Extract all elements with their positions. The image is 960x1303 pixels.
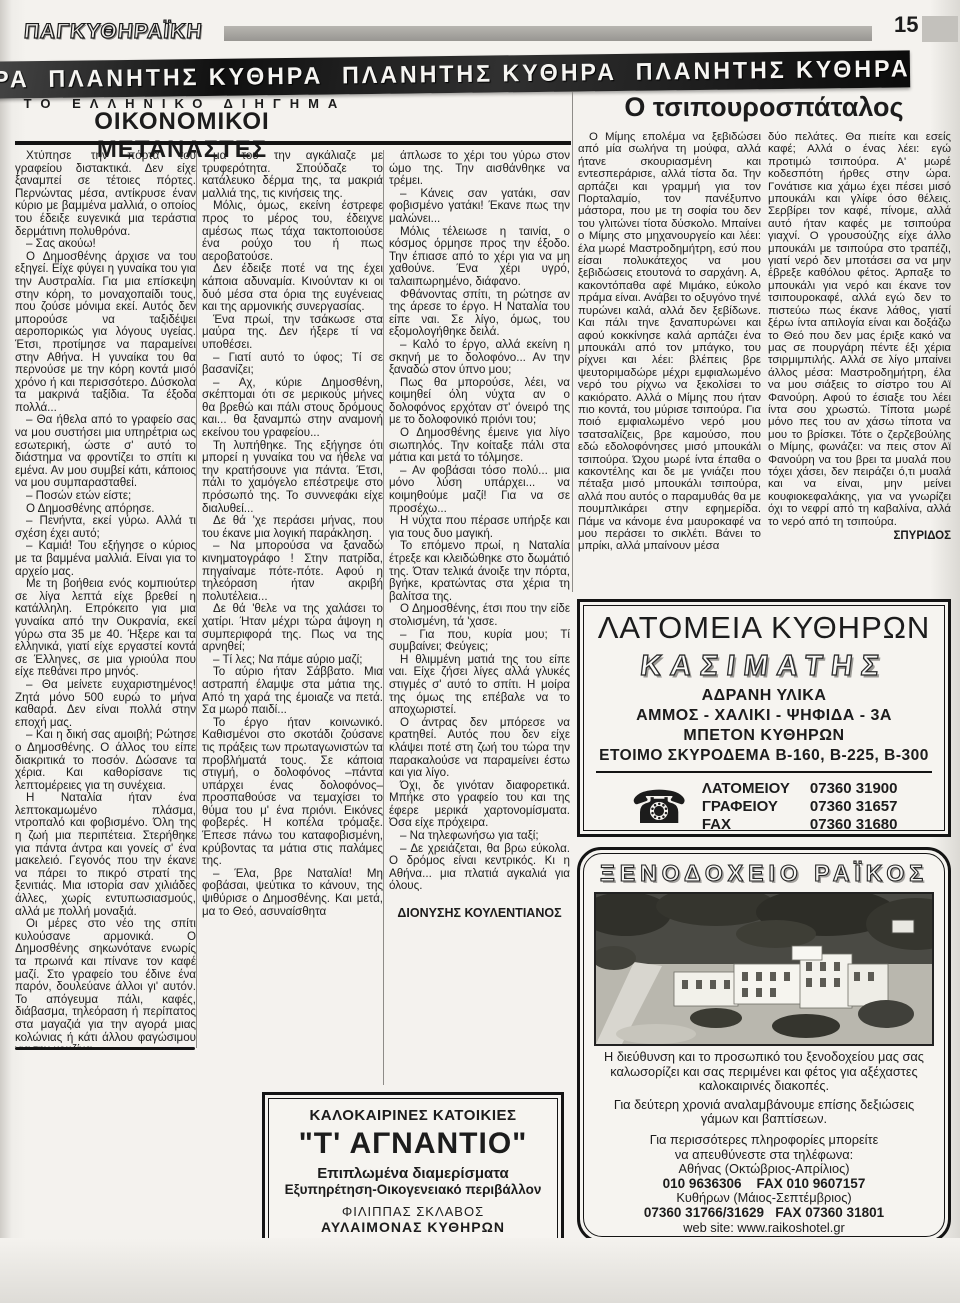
scan-artifact bbox=[0, 1238, 960, 1303]
section-banner-text: ΡΑ ΠΛΑΝΗΤΗΣ ΚΥΘΗΡΑ ΠΛΑΝΗΤΗΣ ΚΥΘΗΡΑ ΠΛΑΝΗ… bbox=[0, 55, 911, 94]
latomeia-divider bbox=[596, 771, 932, 773]
newspaper-page: ΠΑΓΚΥΘΗΡΑΪΚΗ 15 ΡΑ ΠΛΑΝΗΤΗΣ ΚΥΘΗΡΑ ΠΛΑΝΗ… bbox=[0, 0, 960, 1303]
tsipouro-column-b: δύο πελάτες. Θα πιείτε και εσείς καφέ; Α… bbox=[768, 131, 951, 597]
story-column-3-text: άπλωσε το χέρι του γύρω στον ώμο της. Τη… bbox=[389, 150, 570, 893]
phone-icon: ☎ bbox=[631, 784, 688, 830]
agnantio-title: "Τ' ΑΓΝΑΝΤΙΟ" bbox=[273, 1127, 553, 1161]
title-rule bbox=[15, 141, 571, 145]
story-column-2-text: μα του την αγκάλιαζε με τρυφερότητα. Σπο… bbox=[202, 150, 383, 918]
masthead-logo: ΠΑΓΚΥΘΗΡΑΪΚΗ bbox=[23, 20, 204, 44]
latomeia-ad-inner: ΛΑΤΟΜΕΙΑ ΚΥΘΗΡΩΝ ΚΑΣΙΜΑΤΗΣ ΑΔΡΑΝΗ ΥΛΙΚΑ … bbox=[583, 605, 945, 831]
story-column-1-text: Χτύπησε την πόρτα του γραφείου διστακτικ… bbox=[15, 150, 196, 1047]
column-divider bbox=[383, 150, 384, 1085]
header-corner-block bbox=[922, 16, 958, 42]
agnantio-line: Εξυπηρέτηση-Οικογενειακό περιβάλλον bbox=[273, 1182, 553, 1197]
agnantio-line: Επιπλωμένα διαμερίσματα bbox=[273, 1165, 553, 1182]
section-divider bbox=[572, 92, 573, 592]
latomeia-ad: ΛΑΤΟΜΕΙΑ ΚΥΘΗΡΩΝ ΚΑΣΙΜΑΤΗΣ ΑΔΡΑΝΗ ΥΛΙΚΑ … bbox=[577, 599, 951, 837]
phone-label: ΓΡΑΦΕΙΟΥ bbox=[702, 798, 790, 815]
hotel-photo bbox=[594, 892, 934, 1046]
raikos-contact-info: Για περισσότερες πληροφορίες μπορείτενα … bbox=[592, 1133, 936, 1237]
raikos-ad-inner: ΞΕΝΟΔΟΧΕΙΟ ΡΑΪΚΟΣ bbox=[583, 853, 945, 1237]
phone-label: FAX bbox=[702, 816, 790, 831]
agnantio-kicker: ΚΑΛΟΚΑΙΡΙΝΕΣ ΚΑΤΟΙΚΙΕΣ bbox=[273, 1107, 553, 1124]
latomeia-line: ΑΔΡΑΝΗ ΥΛΙΚΑ bbox=[588, 686, 940, 706]
latomeia-line: ΕΤΟΙΜΟ ΣΚΥΡΟΔΕΜΑ Β-160, Β-225, Β-300 bbox=[588, 746, 940, 766]
latomeia-phones: ☎ ΛΑΤΟΜΕΙΟΥ 07360 31900 ΓΡΑΦΕΙΟΥ 07360 3… bbox=[588, 778, 940, 831]
phone-number: 07360 31900 bbox=[810, 780, 898, 797]
tsipouro-column-b-text: δύο πελάτες. Θα πιείτε και εσείς καφέ; Α… bbox=[768, 131, 951, 528]
phone-number: 07360 31657 bbox=[810, 798, 898, 815]
latomeia-title: ΛΑΤΟΜΕΙΑ ΚΥΘΗΡΩΝ bbox=[588, 610, 940, 646]
tsipouro-author: ΣΠΥΡΙΔΟΣ bbox=[768, 530, 951, 542]
tsipouro-column-a: Ο Μίμης επολέμα να ξεβιδώσει από μία σωλ… bbox=[578, 131, 761, 597]
story-author: ΔΙΟΝΥΣΗΣ ΚΟΥΛΕΝΤΙΑΝΟΣ bbox=[389, 907, 570, 920]
story-column-2: μα του την αγκάλιαζε με τρυφερότητα. Σπο… bbox=[202, 150, 383, 1085]
story-end-rule bbox=[15, 1047, 195, 1050]
latomeia-line: ΜΠΕΤΟΝ ΚΥΘΗΡΩΝ bbox=[588, 726, 940, 746]
agnantio-owner: ΦΙΛΙΠΠΑΣ ΣΚΛΑΒΟΣ bbox=[273, 1204, 553, 1219]
latomeia-line: ΑΜΜΟΣ - ΧΑΛΙΚΙ - ΨΗΦΙΔΑ - 3Α bbox=[588, 706, 940, 726]
raikos-title: ΞΕΝΟΔΟΧΕΙΟ ΡΑΪΚΟΣ bbox=[592, 860, 936, 886]
header-bar bbox=[224, 26, 872, 41]
phone-label: ΛΑΤΟΜΕΙΟΥ bbox=[702, 780, 790, 797]
story-column-3: άπλωσε το χέρι του γύρω στον ώμο της. Τη… bbox=[389, 150, 570, 980]
story-column-1: Χτύπησε την πόρτα του γραφείου διστακτικ… bbox=[15, 150, 196, 1047]
raikos-hotel-ad: ΞΕΝΟΔΟΧΕΙΟ ΡΑΪΚΟΣ bbox=[577, 847, 951, 1243]
raikos-intro: Η διεύθυνση και το προσωπικό του ξενοδοχ… bbox=[598, 1050, 930, 1094]
column-divider bbox=[196, 150, 197, 1048]
latomeia-brand: ΚΑΣΙΜΑΤΗΣ bbox=[586, 646, 943, 686]
phone-number: 07360 31680 bbox=[810, 816, 898, 831]
page-number: 15 bbox=[894, 12, 918, 38]
tsipouro-title: Ο τσιπουροσπάταλος bbox=[576, 92, 952, 123]
agnantio-location: ΑΥΛΑΙΜΟΝΑΣ ΚΥΘΗΡΩΝ bbox=[273, 1219, 553, 1235]
raikos-intro-2: Για δεύτερη χρονιά αναλαμβάνουμε επίσης … bbox=[598, 1098, 930, 1127]
